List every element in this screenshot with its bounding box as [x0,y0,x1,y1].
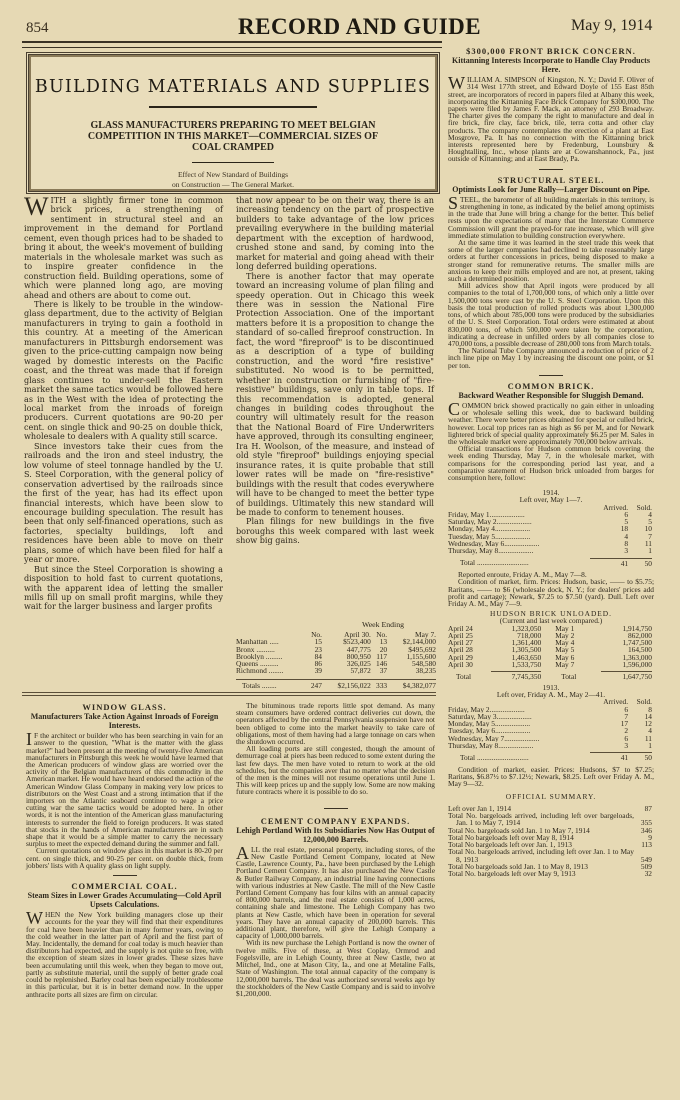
article-paragraph: Condition of market, firm. Prices: Hudso… [448,578,654,607]
section-divider [539,375,563,376]
table-row: Friday, May 2...................68 [448,706,652,713]
article-paragraph: Condition of market, easier. Prices: Hud… [448,766,654,788]
value-cell: 37 [371,667,387,674]
summary-row: Total No. bargeloads arrived, including … [448,812,652,827]
brick-table-1914: 1914. Left over, May 1—7. Arrived.Sold. … [448,489,654,568]
banner-note-line1: Effect of New Standard of Buildings [29,170,437,180]
banner-divider-short [192,162,274,163]
banner-note: Effect of New Standard of Buildings on C… [29,170,437,190]
table-row: Monday, May 5...................1712 [448,720,652,727]
article-paragraph: WILLIAM A. SIMPSON of Kingston, N. Y.; D… [448,76,654,162]
table-row: Wednesday, May 6...................811 [448,540,652,547]
table-row: April 301,533,750May 71,596,000 [448,661,652,668]
header-rule [22,41,442,48]
arrived-cell: 17 [590,720,629,727]
day-cell: Thursday, May 8................... [448,742,590,749]
day-cell: Friday, May 2................... [448,706,590,713]
totals-row: Totals ........ 247 $2,156,022 333 $4,38… [236,679,436,691]
dropcap: S [448,196,458,210]
main-article-column-1: WITH a slightly firmer tone in common br… [24,196,223,612]
sold-cell: 1 [628,742,652,749]
sold-cell: 1 [628,547,652,554]
summary-row: Total No. bargeloads left over May 9, 19… [448,870,652,877]
article-paragraph: COMMON brick showed practically no gain … [448,402,654,445]
table-row: April 271,361,400May 41,747,500 [448,639,652,646]
section-heading: CEMENT COMPANY EXPANDS. [236,818,435,825]
dropcap: C [448,402,460,416]
section-subheading: Optimists Look for June Rally—Larger Dis… [448,185,654,194]
arrived-cell: 2 [590,727,629,734]
section-divider [22,692,436,693]
section-subheading: Manufacturers Take Action Against Inroad… [26,712,223,730]
article-paragraph: ALL the real estate, personal property, … [236,846,435,940]
table-row: Tuesday, May 5...................47 [448,533,652,540]
plan-filings-table: Week Ending No. April 30. No. May 7. Man… [236,620,436,691]
masthead: RECORD AND GUIDE [238,14,481,40]
banner-title: BUILDING MATERIALS AND SUPPLIES [29,77,437,97]
issue-date: May 9, 1914 [571,17,652,35]
arrived-cell: 6 [590,511,629,518]
day-cell: Friday, May 1................... [448,511,590,518]
article-paragraph: STEEL, the barometer of all building mat… [448,196,654,239]
section-divider [113,875,137,876]
article-paragraph: At the same time it was learned in the s… [448,239,654,282]
section-heading: $300,000 FRONT BRICK CONCERN. [448,48,654,55]
day-cell: Monday, May 5................... [448,720,590,727]
section-divider [22,695,436,696]
section-divider [324,808,348,809]
main-article-paragraph: Since investors take their cues from the… [24,442,223,565]
arrived-cell: 6 [590,706,629,713]
summary-heading: OFFICIAL SUMMARY. [448,793,654,800]
arrived-cell: 3 [590,547,629,554]
banner-subtitle: GLASS MANUFACTURERS PREPARING TO MEET BE… [29,120,437,153]
day-cell: Monday, May 4................... [448,525,590,532]
day-cell: Wednesday, May 6................... [448,540,590,547]
borough-cell: Richmond ........ [236,667,306,674]
official-summary-table: Left over Jan 1, 191487Total No. bargelo… [448,805,652,878]
article-paragraph: IF the architect or builder who has been… [26,732,223,847]
summary-label: Total No. bargeloads left over May 9, 19… [448,870,634,877]
value-cell: 38,235 [387,667,436,674]
arrived-cell: 8 [590,540,629,547]
article-paragraph: WHEN the New York building managers clos… [26,911,223,997]
section-heading: COMMERCIAL COAL. [26,883,223,890]
summary-row: Total No. bargeloads arrived, including … [448,848,652,863]
section-heading: STRUCTURAL STEEL. [448,177,654,184]
value-cell: 57,872 [322,667,371,674]
section-subheading: Kittanning Interests Incorporate to Hand… [448,56,654,74]
day-cell: Saturday, May 2................... [448,518,590,525]
main-article-paragraph: that now appear to be on their way, ther… [236,196,434,272]
banner-note-line2: on Construction — The General Market. [29,180,437,190]
summary-value: 32 [634,870,652,877]
dropcap: W [26,911,43,925]
section-subheading: Backward Weather Responsible for Sluggis… [448,391,654,400]
article-paragraph: Current quotations on window glass in th… [26,847,223,869]
article-paragraph: Mill advices show that April ingots were… [448,282,654,347]
table-header-row: Arrived.Sold. [448,698,652,705]
table-row: Friday, May 1...................64 [448,511,652,518]
dropcap: I [26,732,32,746]
dropcap: W [448,76,465,90]
right-column: $300,000 FRONT BRICK CONCERN. Kittanning… [448,46,654,878]
day-cell: Thursday, May 8................... [448,547,590,554]
summary-value: 355 [634,812,652,827]
section-banner: BUILDING MATERIALS AND SUPPLIES GLASS MA… [26,52,440,194]
banner-divider [149,106,317,108]
value-cell: 1,596,000 [601,661,652,668]
article-paragraph: The National Tube Company announced a re… [448,347,654,369]
main-article-paragraph: WITH a slightly firmer tone in common br… [24,196,223,300]
dropcap: A [236,846,249,860]
table-row: April 25718,000May 2862,000 [448,632,652,639]
table-row: April 281,305,500May 5164,500 [448,646,652,653]
page-number: 854 [26,20,49,37]
summary-value: 113 [634,841,652,848]
article-paragraph: With its new purchase the Lehigh Portlan… [236,939,435,997]
article-paragraph: Official transactions for Hudson common … [448,445,654,481]
main-article-paragraph: There is likely to be trouble in the win… [24,300,223,442]
day-cell: Tuesday, May 6................... [448,727,590,734]
day-cell: Tuesday, May 5................... [448,533,590,540]
value-cell: 1,533,750 [491,661,542,668]
section-subheading: Lehigh Portland With Its Subsidiaries No… [236,826,435,844]
totals-row: Total ............................4150 [448,558,652,568]
main-article-paragraph: There is another factor that may operate… [236,272,434,518]
table-row: Wednesday, May 7...................611 [448,735,652,742]
table-row: Thursday, May 8...................31 [448,547,652,554]
table-row: Monday, May 4...................1810 [448,525,652,532]
date-cell: April 30 [448,661,491,668]
week-ending-header: Week Ending [236,620,436,629]
article-paragraph: The bituminous trade reports little spot… [236,702,435,745]
arrived-cell: 4 [590,533,629,540]
coal-continued-section: The bituminous trade reports little spot… [236,702,435,997]
main-article-paragraph: But since the Steel Corporation is showi… [24,565,223,612]
brick-table-1913: 1913. Left over, Friday A. M., May 2—41.… [448,684,654,763]
totals-row: Total 7,745,350 Total 1,647,750 [448,672,652,682]
table-row: April 241,323,050May 11,914,750 [448,625,652,632]
section-subheading: Steam Sizes in Lower Grades Accumulating… [26,891,223,909]
arrived-cell: 6 [590,735,629,742]
table-row: Thursday, May 8...................31 [448,742,652,749]
summary-value: 549 [634,848,652,863]
value-cell: 39 [306,667,322,674]
hudson-unloaded-table: HUDSON BRICK UNLOADED. (Current and last… [448,610,654,682]
arrived-cell: 3 [590,742,629,749]
table-row: Richmond ........3957,8723738,235 [236,667,436,674]
table-row: April 291,463,650May 61,363,000 [448,654,652,661]
summary-label: Total No. bargeloads arrived, including … [448,848,634,863]
table-row: Tuesday, May 6...................24 [448,727,652,734]
day-cell: Saturday, May 3................... [448,713,590,720]
day-cell: Wednesday, May 7................... [448,735,590,742]
main-article-column-2: that now appear to be on their way, ther… [236,196,434,546]
totals-row: Total ............................4150 [448,753,652,763]
section-heading: WINDOW GLASS. [26,704,223,711]
section-heading: COMMON BRICK. [448,383,654,390]
dropcap: W [24,197,49,217]
section-divider [539,169,563,170]
arrived-cell: 18 [590,525,629,532]
table-header-row: Arrived.Sold. [448,504,652,511]
date-cell: May 7 [541,661,601,668]
main-article-paragraph: Plan filings for new buildings in the fi… [236,517,434,545]
summary-label: Total No. bargeloads arrived, including … [448,812,634,827]
window-glass-section: WINDOW GLASS. Manufacturers Take Action … [26,702,223,998]
article-paragraph: All loading ports are still congested, t… [236,745,435,795]
summary-value: 87 [634,805,652,812]
